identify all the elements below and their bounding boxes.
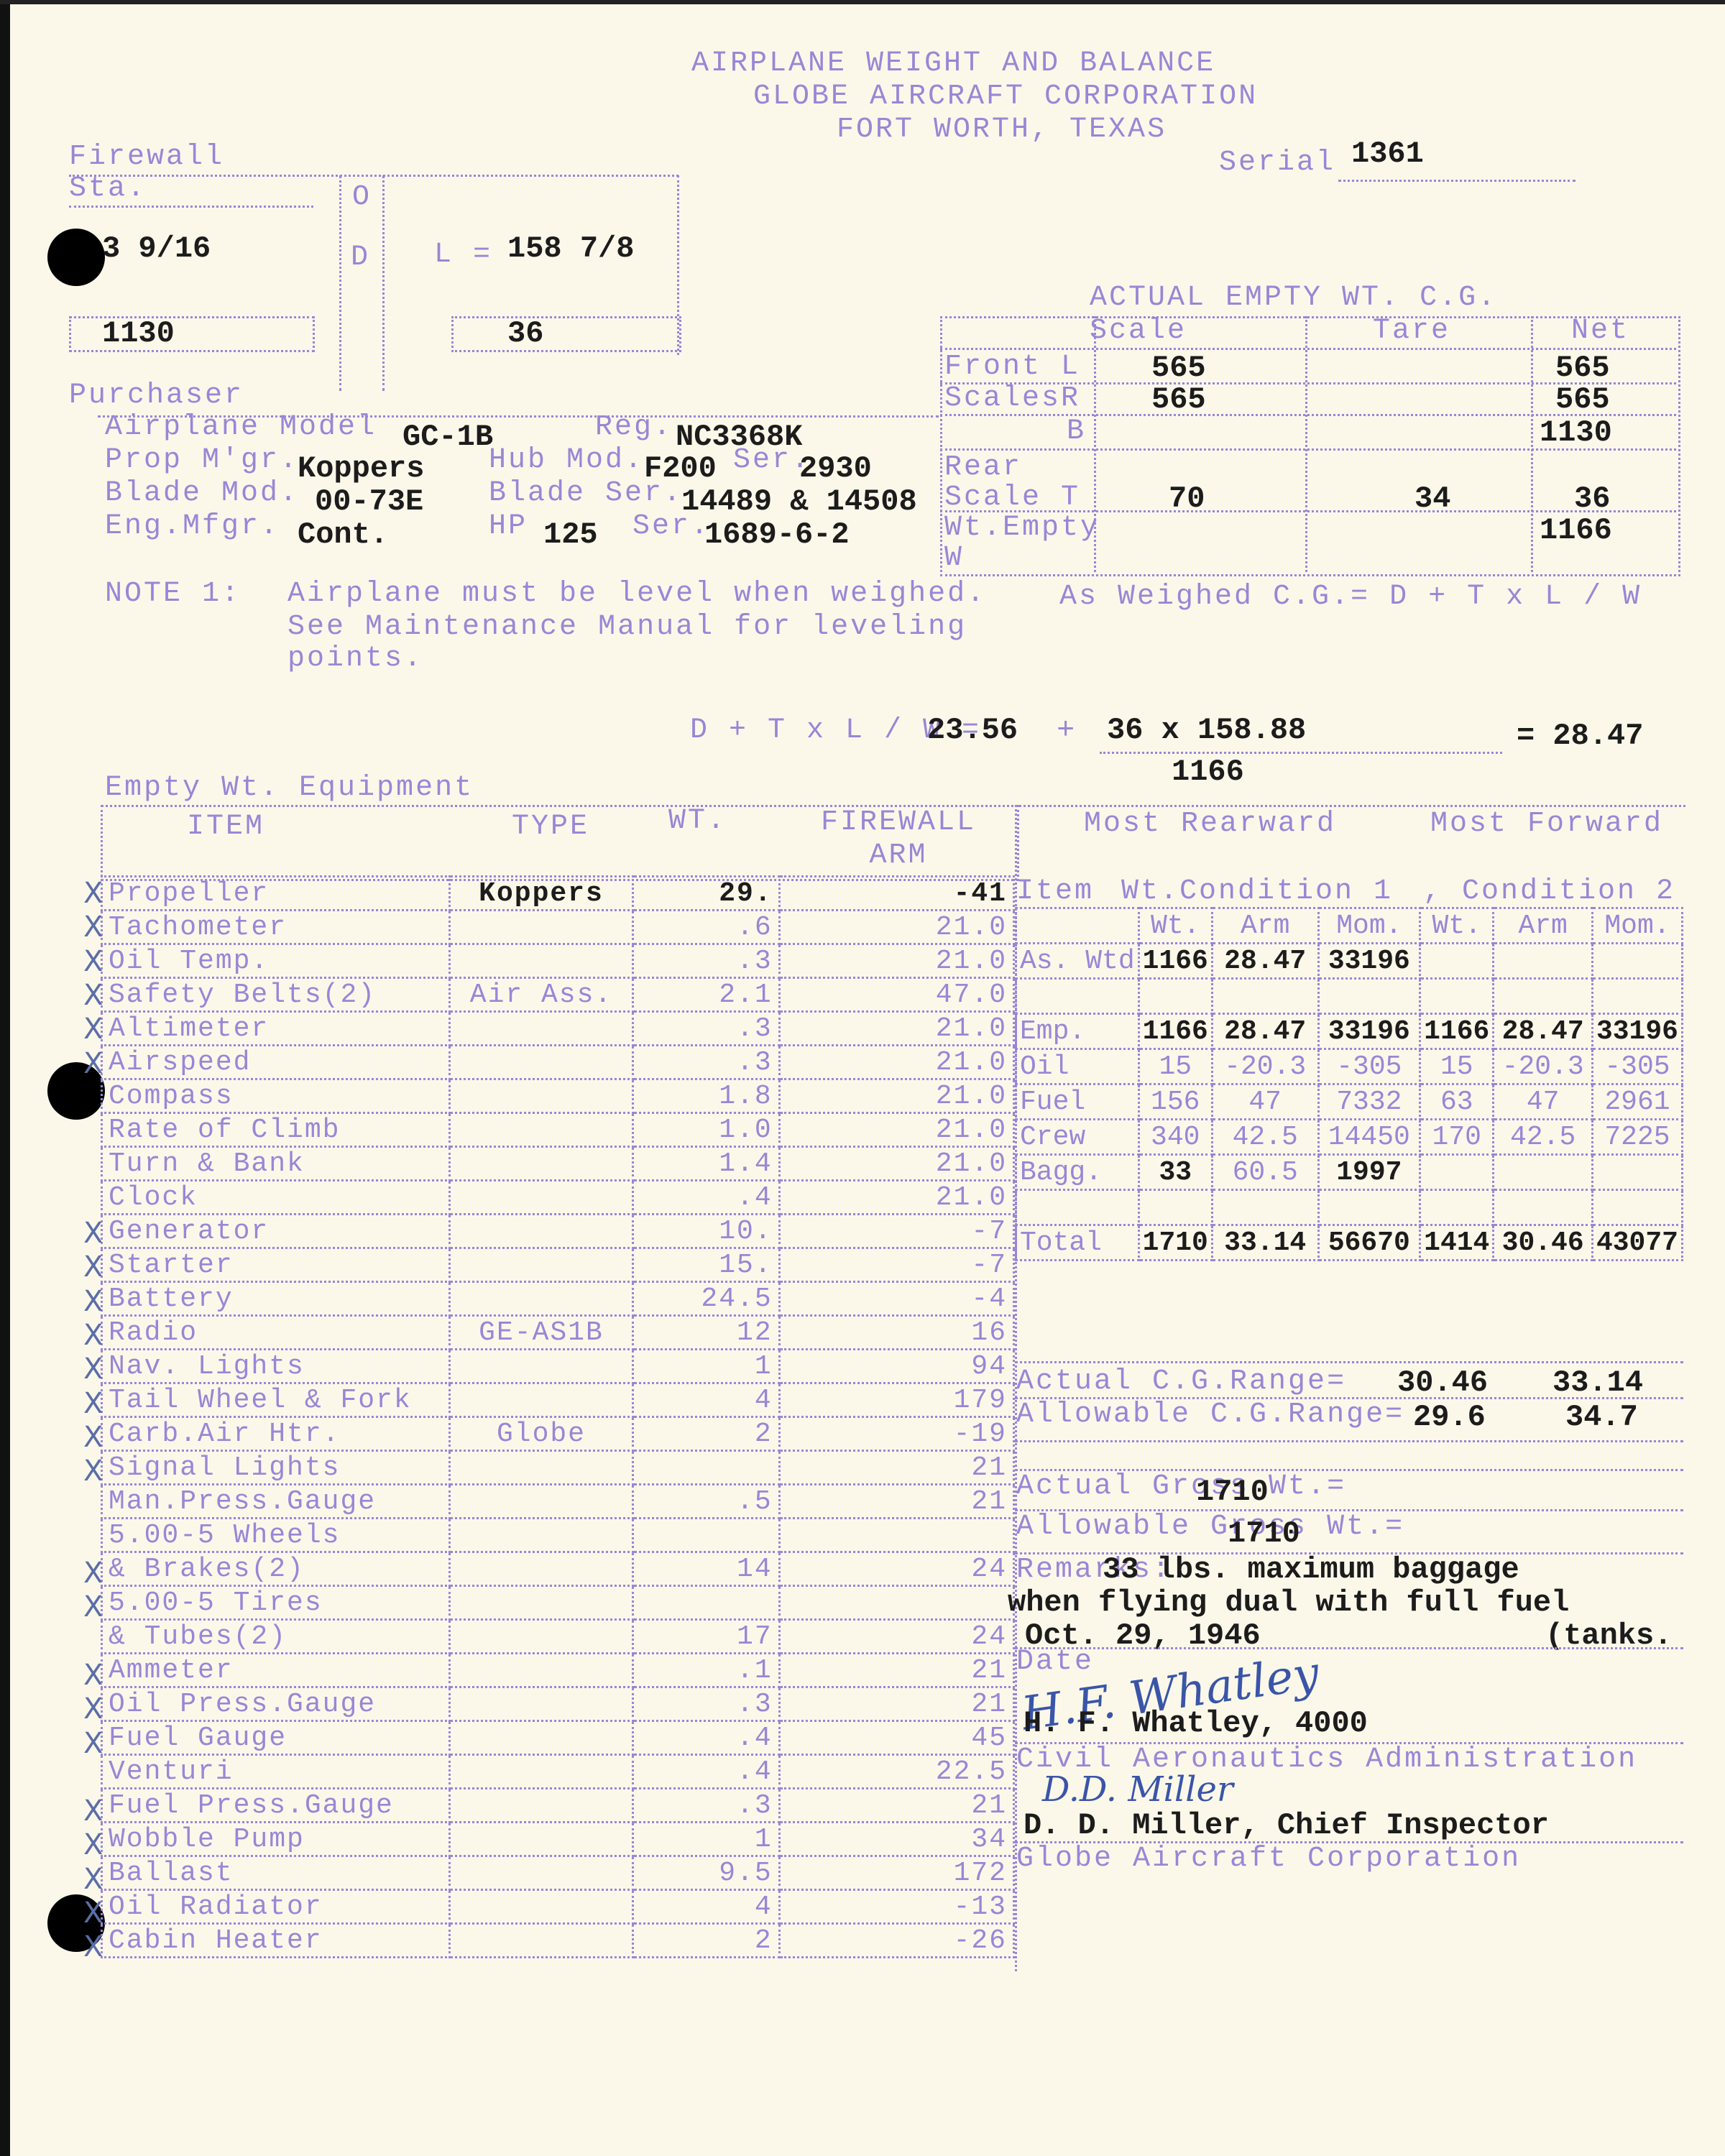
equip-type (449, 1687, 633, 1721)
model-value: GC-1B (402, 420, 493, 454)
loading-cell: 60.5 (1212, 1155, 1318, 1190)
allowable-gross-value: 1710 (1228, 1516, 1300, 1551)
loading-row-label (1016, 1190, 1139, 1225)
equipment-row: Tachometer.621.0 (102, 911, 1014, 944)
equip-weight: 9.5 (633, 1856, 779, 1890)
equip-weight: .1 (633, 1654, 779, 1687)
loading-subheader: Mom. (1592, 908, 1682, 944)
equipment-row: 5.00-5 Wheels (102, 1519, 1014, 1552)
loading-cell: 15 (1138, 1049, 1212, 1084)
loading-cell: 63 (1420, 1084, 1494, 1120)
loading-cell: 28.47 (1212, 1014, 1318, 1049)
ae-header-net: Net (1571, 315, 1629, 347)
loading-cell: 33196 (1592, 1014, 1682, 1049)
blade-ser-label: Blade Ser. (489, 477, 683, 510)
punch-hole (47, 229, 105, 286)
equip-item: Rate of Climb (102, 1113, 450, 1147)
equip-arm: 172 (779, 1856, 1013, 1890)
equip-weight: 29. (633, 877, 779, 911)
handwritten-check-mark: X (83, 1455, 103, 1488)
equip-item: Airspeed (102, 1046, 450, 1079)
firewall-label: Firewall (69, 141, 224, 173)
loading-cell: 170 (1420, 1120, 1494, 1155)
firewall-top-line (69, 175, 678, 177)
equipment-row: Battery24.5-4 (102, 1282, 1014, 1316)
equipment-row: Tail Wheel & Fork4179 (102, 1383, 1014, 1417)
actual-gross-value: 1710 (1196, 1475, 1269, 1509)
ae-net-value: 1130 (1540, 415, 1612, 450)
ae-row-div (940, 348, 1676, 350)
condition2-label: , Condition 2 (1423, 875, 1675, 908)
date-label: Date (1016, 1646, 1094, 1678)
equip-weight: .6 (633, 911, 779, 944)
equip-item: Wobble Pump (102, 1823, 450, 1856)
equip-item: Clock (102, 1181, 450, 1215)
loading-cell (1420, 944, 1494, 979)
sta-label: Sta. (69, 172, 147, 205)
handwritten-check-mark: X (83, 1319, 103, 1352)
handwritten-check-mark: X (83, 1557, 103, 1590)
equip-type (449, 1552, 633, 1586)
equip-arm: 179 (779, 1383, 1013, 1417)
equip-item: Man.Press.Gauge (102, 1485, 450, 1519)
loading-cell: 42.5 (1212, 1120, 1318, 1155)
equipment-row: Clock.421.0 (102, 1181, 1014, 1215)
equip-arm: 24 (779, 1552, 1013, 1586)
equipment-row: Rate of Climb1.021.0 (102, 1113, 1014, 1147)
blank-cell (1016, 908, 1139, 944)
equip-item: Radio (102, 1316, 450, 1350)
note-line3: points. (287, 642, 423, 675)
purchaser-label: Purchaser (69, 379, 244, 412)
loading-subheader: Arm (1494, 908, 1593, 944)
equip-arm: 21.0 (779, 1181, 1013, 1215)
loading-row: Total171033.1456670141430.4643077 (1016, 1225, 1683, 1261)
equip-weight: .4 (633, 1721, 779, 1755)
equip-header-item: ITEM (187, 811, 264, 843)
equip-type (449, 1823, 633, 1856)
equipment-row: Turn & Bank1.421.0 (102, 1147, 1014, 1181)
equip-type (449, 1079, 633, 1113)
loading-cell (1420, 979, 1494, 1014)
o-d-divider-left (339, 175, 341, 391)
handwritten-check-mark: X (83, 1353, 103, 1386)
handwritten-check-mark: X (83, 1047, 103, 1080)
condition1-label: Wt.Condition 1 (1121, 875, 1393, 908)
equip-item: 5.00-5 Tires (102, 1586, 450, 1620)
handwritten-check-mark: X (83, 1863, 103, 1896)
equipment-row: Altimeter.321.0 (102, 1012, 1014, 1046)
equip-type (449, 1519, 633, 1552)
ae-scale-value: 70 (1169, 482, 1205, 516)
blade-ser-value: 14489 & 14508 (681, 484, 917, 519)
equip-type (449, 1350, 633, 1383)
equip-type (449, 1383, 633, 1417)
loading-cell (1494, 979, 1593, 1014)
signer2-typed: D. D. Miller, Chief Inspector (1023, 1808, 1549, 1843)
equip-weight: 2 (633, 1924, 779, 1958)
loading-cell: 42.5 (1494, 1120, 1593, 1155)
signature-miller: D.D. Miller (1042, 1769, 1233, 1810)
loading-row-label (1016, 979, 1139, 1014)
loading-cell (1212, 979, 1318, 1014)
loading-cell: 33196 (1318, 944, 1420, 979)
loading-row: Oil15-20.3-30515-20.3-305 (1016, 1049, 1683, 1084)
loading-table: Wt.ArmMom.Wt.ArmMom.As. Wtd116628.473319… (1015, 907, 1683, 1261)
t-value: 36 (507, 316, 543, 351)
loading-cell: -305 (1318, 1049, 1420, 1084)
loading-row: Bagg.3360.51997 (1016, 1155, 1683, 1190)
equip-weight: .5 (633, 1485, 779, 1519)
equip-type (449, 1012, 633, 1046)
allowable-cg-max: 34.7 (1565, 1400, 1638, 1434)
doc-title-line3: FORT WORTH, TEXAS (837, 114, 1167, 146)
equip-item: Signal Lights (102, 1451, 450, 1485)
equip-weight: 24.5 (633, 1282, 779, 1316)
loading-cell (1318, 979, 1420, 1014)
loading-cell (1494, 944, 1593, 979)
actual-cg-range-label: Actual C.G.Range= (1016, 1365, 1346, 1398)
equipment-row: & Tubes(2)1724 (102, 1620, 1014, 1654)
equip-type (449, 1282, 633, 1316)
handwritten-check-mark: X (83, 911, 103, 944)
most-forward-label: Most Forward (1430, 808, 1663, 840)
equip-type (449, 1113, 633, 1147)
equip-item: Venturi (102, 1755, 450, 1789)
equip-arm: 21 (779, 1451, 1013, 1485)
loading-cell: 7225 (1592, 1120, 1682, 1155)
loading-cell (1212, 1190, 1318, 1225)
o-label: O (352, 181, 372, 213)
computation-result: = 28.47 (1517, 719, 1643, 753)
ae-net-value: 565 (1555, 351, 1610, 385)
serial-underline (1338, 180, 1575, 182)
loading-row-label: Total (1016, 1225, 1139, 1261)
ae-row-label: Rear Scale T (944, 453, 1088, 513)
equip-type: Globe (449, 1417, 633, 1451)
equip-item: Nav. Lights (102, 1350, 450, 1383)
equip-type (449, 1451, 633, 1485)
handwritten-check-mark: X (83, 1795, 103, 1828)
equip-weight: .3 (633, 944, 779, 978)
equip-arm: 21 (779, 1485, 1013, 1519)
equipment-row: Oil Temp..321.0 (102, 944, 1014, 978)
loading-row-label: Emp. (1016, 1014, 1139, 1049)
ae-net-value: 565 (1555, 382, 1610, 417)
handwritten-check-mark: X (83, 877, 103, 910)
equip-arm: -26 (779, 1924, 1013, 1958)
eng-mfgr-label: Eng.Mfgr. (105, 510, 280, 543)
loading-subheader: Wt. (1420, 908, 1494, 944)
equip-item: Oil Radiator (102, 1890, 450, 1924)
allowable-cg-range-label: Allowable C.G.Range= (1016, 1399, 1404, 1431)
equip-weight: .4 (633, 1755, 779, 1789)
equip-weight: .4 (633, 1181, 779, 1215)
ae-row-label: Front L (944, 351, 1080, 383)
equip-weight: 1.4 (633, 1147, 779, 1181)
equip-weight: 14 (633, 1552, 779, 1586)
loading-row (1016, 979, 1683, 1014)
equip-weight (633, 1451, 779, 1485)
loading-cell: 1710 (1138, 1225, 1212, 1261)
equip-weight: 1.8 (633, 1079, 779, 1113)
equipment-row: PropellerKoppers29.-41 (102, 877, 1014, 911)
eng-mfgr-value: Cont. (298, 517, 388, 552)
handwritten-check-mark: X (83, 945, 103, 978)
equip-arm: 21.0 (779, 1113, 1013, 1147)
equip-arm: 21.0 (779, 1046, 1013, 1079)
cg-formula-label: As Weighed C.G.= D + T x L / W (1059, 581, 1642, 613)
equip-weight: 17 (633, 1620, 779, 1654)
loading-cell: 33 (1138, 1155, 1212, 1190)
handwritten-check-mark: X (83, 1421, 103, 1454)
equip-item: Oil Temp. (102, 944, 450, 978)
equip-type (449, 1620, 633, 1654)
actual-empty-title: ACTUAL EMPTY WT. C.G. (1090, 282, 1497, 314)
equip-type (449, 911, 633, 944)
equip-weight: .3 (633, 1687, 779, 1721)
loading-row: Emp.116628.4733196116628.4733196 (1016, 1014, 1683, 1049)
loading-row-label: Fuel (1016, 1084, 1139, 1120)
equip-type: Koppers (449, 877, 633, 911)
equipment-row: Fuel Gauge.445 (102, 1721, 1014, 1755)
scan-edge (0, 0, 10, 2156)
equip-item: Oil Press.Gauge (102, 1687, 450, 1721)
equip-item: Compass (102, 1079, 450, 1113)
equip-type: GE-AS1B (449, 1316, 633, 1350)
equip-item: Altimeter (102, 1012, 450, 1046)
equipment-row: Oil Radiator4-13 (102, 1890, 1014, 1924)
loading-cell: 30.46 (1494, 1225, 1593, 1261)
loading-cell: -305 (1592, 1049, 1682, 1084)
equip-item: Tail Wheel & Fork (102, 1383, 450, 1417)
equip-item: Turn & Bank (102, 1147, 450, 1181)
loading-cell: 28.47 (1494, 1014, 1593, 1049)
equipment-row: Nav. Lights194 (102, 1350, 1014, 1383)
loading-cell: 28.47 (1212, 944, 1318, 979)
signer2-org: Globe Aircraft Corporation (1016, 1843, 1521, 1875)
handwritten-check-mark: X (83, 1590, 103, 1623)
equip-weight: 1.0 (633, 1113, 779, 1147)
loading-cell (1592, 1155, 1682, 1190)
loading-row-label: Crew (1016, 1120, 1139, 1155)
blade-mod-value: 00-73E (315, 484, 423, 519)
hub-mod-label: Hub Mod. (489, 444, 644, 476)
plus-sign: + (1057, 713, 1075, 747)
loading-cell (1494, 1190, 1593, 1225)
equip-arm: 47.0 (779, 978, 1013, 1012)
equip-arm: 94 (779, 1350, 1013, 1383)
ae-header-scale: Scale (1090, 315, 1187, 347)
handwritten-check-mark: X (83, 1692, 103, 1726)
loading-row-label: Oil (1016, 1049, 1139, 1084)
actual-gross-label: Actual Gross Wt.= (1016, 1470, 1346, 1503)
d-label: D (351, 241, 370, 274)
equip-item: Ballast (102, 1856, 450, 1890)
equip-item: & Tubes(2) (102, 1620, 450, 1654)
model-label: Airplane Model (105, 411, 377, 443)
prop-mfgr-label: Prop M'gr. (105, 444, 299, 476)
note-line1: Airplane must be level when weighed. (287, 578, 986, 610)
equip-arm: -13 (779, 1890, 1013, 1924)
l-value: 158 7/8 (507, 231, 634, 266)
loading-cell: 156 (1138, 1084, 1212, 1120)
equip-arm: 21 (779, 1789, 1013, 1823)
equip-weight: 12 (633, 1316, 779, 1350)
equip-arm (779, 1586, 1013, 1620)
ae-header-tare: Tare (1373, 315, 1450, 347)
ae-row-label: Wt.Empty W (944, 513, 1088, 573)
equip-arm: 22.5 (779, 1755, 1013, 1789)
equip-item: 5.00-5 Wheels (102, 1519, 450, 1552)
equip-arm: 24 (779, 1620, 1013, 1654)
loading-row-label: Bagg. (1016, 1155, 1139, 1190)
o-d-divider-right (382, 175, 385, 391)
signer1-typed: H. F. Whatley, 4000 (1023, 1706, 1368, 1741)
actual-cg-min: 30.46 (1397, 1365, 1488, 1400)
equip-weight: 2 (633, 1417, 779, 1451)
loading-cell: 1997 (1318, 1155, 1420, 1190)
loading-cell (1138, 979, 1212, 1014)
handwritten-check-mark: X (83, 1727, 103, 1760)
computation-denominator: 1166 (1172, 755, 1244, 789)
hp-value: 125 (543, 517, 598, 552)
loading-row-label: As. Wtd (1016, 944, 1139, 979)
equip-arm: 16 (779, 1316, 1013, 1350)
equipment-row: Ammeter.121 (102, 1654, 1014, 1687)
equip-weight: .3 (633, 1789, 779, 1823)
equipment-row: Carb.Air Htr.Globe2-19 (102, 1417, 1014, 1451)
equip-weight: 4 (633, 1890, 779, 1924)
date-rule (1015, 1647, 1683, 1649)
equip-type (449, 1586, 633, 1620)
loading-row (1016, 1190, 1683, 1225)
equip-arm: -7 (779, 1215, 1013, 1248)
b-value: 1130 (102, 316, 175, 351)
equip-arm: -7 (779, 1248, 1013, 1282)
equipment-row: Airspeed.321.0 (102, 1046, 1014, 1079)
equip-header-wt: WT. (668, 805, 727, 837)
loading-row: Fuel15647733263472961 (1016, 1084, 1683, 1120)
loading-cell: 15 (1420, 1049, 1494, 1084)
equipment-row: Signal Lights21 (102, 1451, 1014, 1485)
loading-cell: 43077 (1592, 1225, 1682, 1261)
equip-arm: 21 (779, 1687, 1013, 1721)
equip-item: Tachometer (102, 911, 450, 944)
equipment-table: PropellerKoppers29.-41Tachometer.621.0Oi… (101, 875, 1015, 1958)
ae-net-value: 36 (1574, 482, 1610, 516)
equip-arm: 45 (779, 1721, 1013, 1755)
serial-value: 1361 (1351, 137, 1424, 171)
equipment-row: RadioGE-AS1B1216 (102, 1316, 1014, 1350)
equipment-row: Man.Press.Gauge.521 (102, 1485, 1014, 1519)
loading-item-label: Item (1016, 875, 1094, 908)
equip-item: Starter (102, 1248, 450, 1282)
remarks-line1: 33 lbs. maximum baggage (1103, 1552, 1519, 1587)
equipment-row: Safety Belts(2)Air Ass.2.147.0 (102, 978, 1014, 1012)
scan-edge-top (0, 0, 1725, 4)
equip-arm: 21.0 (779, 944, 1013, 978)
equip-item: Propeller (102, 877, 450, 911)
equip-arm: -41 (779, 877, 1013, 911)
equip-item: Fuel Press.Gauge (102, 1789, 450, 1823)
equip-arm: -4 (779, 1282, 1013, 1316)
loading-row: Crew34042.51445017042.57225 (1016, 1120, 1683, 1155)
equip-type (449, 1890, 633, 1924)
loading-cell: 33.14 (1212, 1225, 1318, 1261)
equip-type (449, 1485, 633, 1519)
equip-item: Cabin Heater (102, 1924, 450, 1958)
summary-rule (1015, 1361, 1683, 1363)
allowable-gross-label: Allowable Gross Wt.= (1016, 1511, 1404, 1543)
loading-row: As. Wtd116628.4733196 (1016, 944, 1683, 979)
equipment-row: Cabin Heater2-26 (102, 1924, 1014, 1958)
ae-col-div (1305, 316, 1307, 572)
loading-cell: 7332 (1318, 1084, 1420, 1120)
hp-label: HP (489, 510, 528, 543)
reg-label: Reg. (595, 411, 673, 443)
ae-scale-value: 565 (1151, 351, 1206, 385)
doc-title-line1: AIRPLANE WEIGHT AND BALANCE (691, 47, 1215, 80)
equipment-row: Ballast9.5172 (102, 1856, 1014, 1890)
ae-tare-value: 34 (1414, 482, 1450, 516)
loading-cell (1420, 1155, 1494, 1190)
equipment-row: & Brakes(2)1424 (102, 1552, 1014, 1586)
ae-net-value: 1166 (1540, 513, 1612, 548)
equipment-row: Compass1.821.0 (102, 1079, 1014, 1113)
equip-weight: .3 (633, 1046, 779, 1079)
ae-col-div (1531, 316, 1533, 572)
equipment-row: 5.00-5 Tires (102, 1586, 1014, 1620)
equip-weight: 15. (633, 1248, 779, 1282)
loading-cell (1318, 1190, 1420, 1225)
equip-type: Air Ass. (449, 978, 633, 1012)
loading-cell: 47 (1212, 1084, 1318, 1120)
equip-weight: 10. (633, 1215, 779, 1248)
loading-cell: 47 (1494, 1084, 1593, 1120)
blade-mod-label: Blade Mod. (105, 477, 299, 510)
handwritten-check-mark: X (83, 1828, 103, 1861)
loading-cell (1592, 1190, 1682, 1225)
loading-cell (1494, 1155, 1593, 1190)
equip-arm: 21.0 (779, 1079, 1013, 1113)
equip-item: & Brakes(2) (102, 1552, 450, 1586)
computation-numerator: 36 x 158.88 (1107, 713, 1306, 747)
l-label: L = (434, 239, 492, 271)
hub-ser-value: 2930 (799, 451, 872, 486)
equipment-row: Generator10.-7 (102, 1215, 1014, 1248)
doc-title-line2: GLOBE AIRCRAFT CORPORATION (753, 80, 1258, 113)
sta-value: 3 9/16 (102, 231, 211, 266)
loading-subheader-row: Wt.ArmMom.Wt.ArmMom. (1016, 908, 1683, 944)
equip-type (449, 1147, 633, 1181)
handwritten-check-mark: X (83, 1285, 103, 1318)
loading-cell: 33196 (1318, 1014, 1420, 1049)
loading-cell: 14450 (1318, 1120, 1420, 1155)
sta-underline (69, 206, 313, 208)
equipment-row: Fuel Press.Gauge.321 (102, 1789, 1014, 1823)
equipment-title: Empty Wt. Equipment (105, 772, 474, 804)
handwritten-check-mark: X (83, 1930, 103, 1963)
equip-weight: .3 (633, 1012, 779, 1046)
handwritten-check-mark: X (83, 1013, 103, 1046)
loading-cell: 1166 (1138, 944, 1212, 979)
handwritten-check-mark: X (83, 1250, 103, 1284)
serial-label: Serial (1219, 147, 1335, 179)
handwritten-check-mark: X (83, 1659, 103, 1692)
loading-cell: -20.3 (1212, 1049, 1318, 1084)
equip-item: Fuel Gauge (102, 1721, 450, 1755)
